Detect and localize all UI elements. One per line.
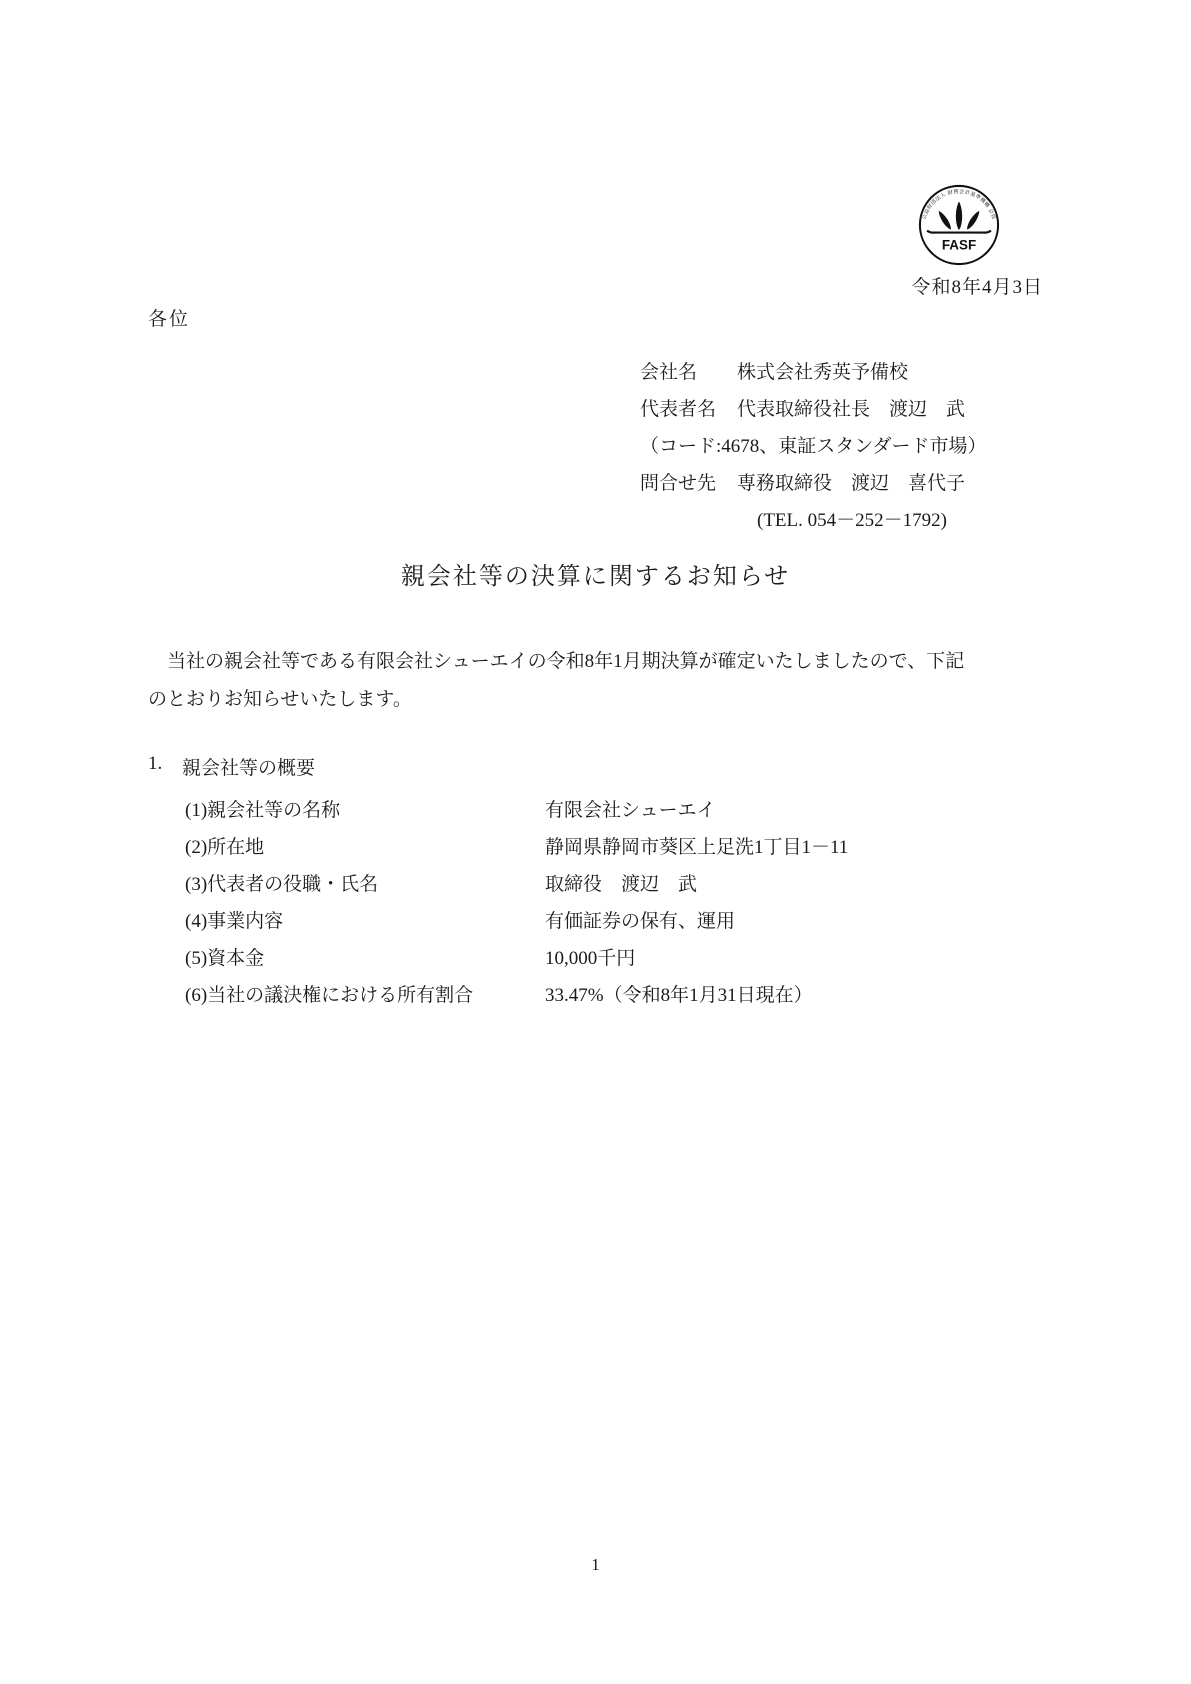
- item-value: 10,000千円: [545, 943, 635, 970]
- body-paragraph: 当社の親会社等である有限会社シューエイの令和8年1月期決算が確定いたしましたので…: [148, 643, 1058, 719]
- company-name-label: 会社名: [640, 357, 737, 384]
- list-item: (5)資本金 10,000千円: [185, 938, 1085, 975]
- item-label: (2)所在地: [185, 832, 545, 859]
- item-label: (5)資本金: [185, 943, 545, 970]
- document-page: 公益財団法人 財務会計基準機構 会員 FASF 令和8年4月3日 各位 会社名 …: [0, 0, 1191, 1684]
- item-value: 取締役 渡辺 武: [545, 869, 697, 896]
- item-value: 有限会社シューエイ: [545, 795, 716, 822]
- body-line-1: 当社の親会社等である有限会社シューエイの令和8年1月期決算が確定いたしましたので…: [148, 643, 1058, 681]
- section-heading: 1. 親会社等の概要: [148, 753, 315, 780]
- fasf-leaves-icon: [937, 201, 982, 231]
- list-item: (4)事業内容 有価証券の保有、運用: [185, 901, 1085, 938]
- company-info-block: 会社名 株式会社秀英予備校 代表者名 代表取締役社長 渡辺 武 （コード:467…: [640, 352, 1060, 537]
- fasf-logo-icon: 公益財団法人 財務会計基準機構 会員 FASF: [917, 183, 1001, 267]
- telephone-value: (TEL. 054－252－1792): [757, 505, 947, 532]
- representative-label: 代表者名: [640, 394, 737, 421]
- representative-value: 代表取締役社長 渡辺 武: [737, 394, 965, 421]
- item-label: (6)当社の議決権における所有割合: [185, 980, 545, 1007]
- contact-line: 問合せ先 専務取締役 渡辺 喜代子: [640, 463, 1060, 500]
- list-item: (6)当社の議決権における所有割合 33.47%（令和8年1月31日現在）: [185, 975, 1085, 1012]
- section-title: 親会社等の概要: [182, 753, 315, 780]
- contact-label: 問合せ先: [640, 468, 737, 495]
- stock-code-line: （コード:4678、東証スタンダード市場）: [640, 426, 1060, 463]
- item-value: 静岡県静岡市葵区上足洗1丁目1－11: [545, 832, 848, 859]
- item-label: (1)親会社等の名称: [185, 795, 545, 822]
- item-label: (4)事業内容: [185, 906, 545, 933]
- company-name-line: 会社名 株式会社秀英予備校: [640, 352, 1060, 389]
- representative-line: 代表者名 代表取締役社長 渡辺 武: [640, 389, 1060, 426]
- item-value: 33.47%（令和8年1月31日現在）: [545, 980, 813, 1007]
- section-number: 1.: [148, 753, 182, 780]
- svg-text:FASF: FASF: [942, 237, 976, 252]
- overview-list: (1)親会社等の名称 有限会社シューエイ (2)所在地 静岡県静岡市葵区上足洗1…: [185, 790, 1085, 1012]
- body-line-2: のとおりお知らせいたします。: [148, 681, 1058, 719]
- salutation: 各位: [148, 304, 190, 331]
- list-item: (2)所在地 静岡県静岡市葵区上足洗1丁目1－11: [185, 827, 1085, 864]
- fasf-logo: 公益財団法人 財務会計基準機構 会員 FASF: [917, 183, 1001, 267]
- page-number: 1: [0, 1555, 1191, 1575]
- telephone-line: (TEL. 054－252－1792): [640, 500, 1060, 537]
- list-item: (1)親会社等の名称 有限会社シューエイ: [185, 790, 1085, 827]
- stock-code-value: （コード:4678、東証スタンダード市場）: [640, 431, 987, 458]
- contact-value: 専務取締役 渡辺 喜代子: [737, 468, 965, 495]
- company-name-value: 株式会社秀英予備校: [737, 357, 908, 384]
- page-title: 親会社等の決算に関するお知らせ: [0, 556, 1191, 591]
- item-label: (3)代表者の役職・氏名: [185, 869, 545, 896]
- document-date: 令和8年4月3日: [911, 272, 1043, 299]
- list-item: (3)代表者の役職・氏名 取締役 渡辺 武: [185, 864, 1085, 901]
- item-value: 有価証券の保有、運用: [545, 906, 735, 933]
